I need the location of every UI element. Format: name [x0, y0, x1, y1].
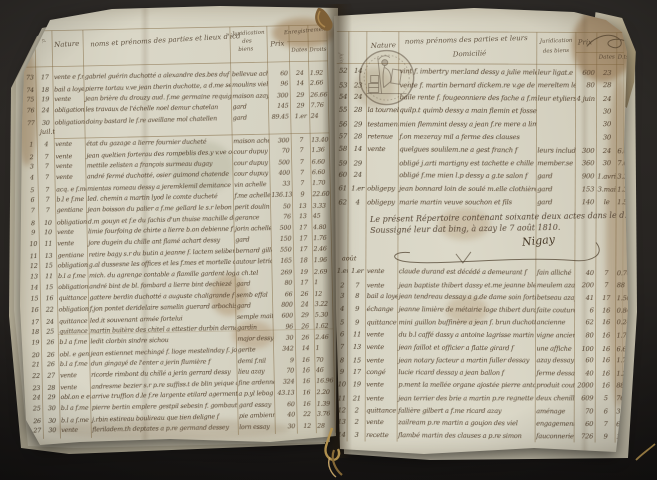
act-nature: obl.on e engag.t: [59, 391, 90, 403]
act-biens: une affiche: [535, 342, 574, 355]
act-number: 3: [25, 161, 38, 172]
act-number: 5: [336, 317, 348, 330]
act-nature: vente: [365, 392, 397, 405]
left-rows-july: 1 4 vente état du gazage a lierre fourni…: [24, 134, 335, 437]
act-number: 3: [336, 290, 348, 303]
act-number: 9: [26, 227, 39, 238]
act-day: 28: [348, 104, 366, 117]
act-parties: obligé f.me mien l.p dessy a g.te salon …: [398, 169, 536, 183]
act-droits: 1.76: [615, 354, 633, 367]
act-droits: [617, 79, 635, 92]
act-prix: 360: [575, 157, 596, 170]
act-day: 7: [38, 172, 55, 183]
act-number: 27: [30, 425, 43, 436]
act-droits: 1: [313, 277, 332, 288]
act-day: 24: [41, 317, 58, 328]
act-prix: 150: [271, 234, 293, 245]
act-day: 17: [36, 72, 53, 83]
act-biens: gard: [536, 170, 575, 183]
act-parties: du b.l caffé dassy a antoine lagrisse ma…: [398, 329, 536, 342]
act-prix: 80: [575, 329, 596, 342]
act-number: 21: [29, 359, 42, 370]
act-day: 7: [38, 161, 55, 172]
act-reg-date: 29: [290, 100, 309, 111]
left-table: N.os d. Nature noms et prénoms des parti…: [15, 3, 342, 450]
act-biens: vigne ancienne: [536, 329, 575, 342]
act-prix: 60: [574, 354, 595, 367]
act-biens: leur ligat.e: [537, 66, 576, 79]
act-droits: 1.36: [616, 184, 634, 197]
act-droits: 70: [315, 354, 334, 365]
act-day: 1.er: [348, 265, 366, 278]
act-reg-date: 9: [595, 430, 615, 443]
act-day: 2: [347, 404, 365, 417]
month-break-label: août: [342, 254, 357, 262]
act-nature: vente: [55, 161, 86, 173]
act-biens: ancienne: [536, 317, 575, 330]
act-reg-date: 1.er: [291, 111, 310, 122]
act-number: 4: [336, 303, 348, 316]
act-prix: 40: [575, 267, 596, 280]
act-reg-date: 16: [296, 387, 315, 398]
act-nature: vente: [56, 238, 87, 250]
act-nature: b.l a f.me: [59, 359, 90, 371]
act-prix: 96: [268, 78, 290, 90]
register-row: 62 4 obligepy marie martin veuve souchon…: [336, 196, 634, 209]
act-reg-date: 1.avril: [596, 170, 616, 183]
act-nature: obligepy: [366, 196, 398, 209]
act-nature: b.l a f.me: [60, 403, 91, 415]
act-biens: moulins viel: [231, 79, 268, 91]
act-number: 15: [27, 293, 40, 304]
register-row: 58 14 vente quelgues soulilem.ne a gest …: [336, 143, 634, 159]
act-biens: f.me achelle: [233, 190, 270, 202]
act-prix: 41: [575, 292, 596, 305]
act-number: 62: [336, 196, 348, 209]
act-parties: quelgues soulilem.ne a gest franch f: [398, 143, 536, 157]
act-nature: quittance: [366, 317, 398, 330]
act-nature: échange: [366, 303, 398, 316]
act-droits: 1.36: [310, 144, 329, 155]
act-biens: faite couture: [536, 304, 575, 317]
right-rows-before: 52 14 vint f. imbertry mer.land dessy a …: [336, 65, 635, 209]
act-parties: claude durand est décédé a demeurant f: [398, 265, 536, 279]
act-droits: 45: [312, 210, 331, 221]
col-header-numero: N.os: [24, 37, 30, 48]
act-day: 4: [37, 139, 54, 150]
act-biens: semple maitre: [236, 311, 273, 323]
act-biens: fauconnerie: [535, 430, 574, 443]
act-number: 11: [26, 251, 39, 262]
act-biens: cour dupuy: [232, 146, 269, 158]
act-parties: marie martin veuve souchon et fils: [398, 196, 536, 209]
act-number: 4: [25, 172, 38, 183]
act-nature: gentiane: [56, 205, 87, 217]
act-biens: vin achelle: [233, 179, 270, 191]
act-biens: [536, 105, 575, 118]
month-break-label: juil.t: [40, 128, 55, 136]
act-parties: f.on mezeray mil a ferme des clauses: [398, 131, 536, 145]
act-parties: lucie ricard dessay a jean ballon f: [397, 366, 535, 379]
act-parties: quilp.t quimb dessy a main flemin et fos…: [398, 104, 536, 118]
act-prix: 70: [269, 145, 291, 157]
act-number: 10: [26, 239, 39, 250]
act-droits: 1.70: [311, 177, 330, 188]
act-nature: vente: [365, 341, 397, 354]
act-number: 73: [23, 72, 36, 83]
act-reg-date: 23: [597, 67, 617, 80]
act-day: 19: [36, 94, 53, 105]
act-reg-date: 17: [596, 292, 616, 305]
act-reg-date: 22: [297, 409, 316, 420]
act-prix: 726: [574, 430, 595, 443]
col-header-droits: D.ts: [618, 54, 629, 60]
act-number: 54: [337, 91, 349, 104]
act-biens: lorn essay: [238, 421, 275, 433]
act-droits: 12: [313, 288, 332, 299]
act-nature: vente: [366, 328, 398, 341]
act-biens: produit couture: [535, 380, 574, 393]
col-header-dates: Dates: [599, 54, 615, 60]
act-biens: pie ambienne: [238, 410, 275, 422]
act-number: 60: [336, 169, 348, 182]
col-header-jour: d.: [40, 39, 46, 44]
right-rows-after: 1.er 1.er vente claude durand est décédé…: [335, 265, 634, 443]
act-number: 1.er: [336, 265, 348, 278]
act-day: 26: [42, 359, 59, 370]
act-day: 9: [348, 317, 366, 330]
act-parties: mien flemmint dessy a jean f.re mere a l…: [398, 118, 536, 131]
act-droits: [616, 118, 634, 131]
act-droits: 5.30: [314, 309, 333, 320]
act-droits: 22.60: [311, 189, 330, 200]
act-parties: jeanne limière de métairie loge thibert …: [398, 303, 536, 316]
act-nature: vente: [366, 265, 398, 278]
act-prix: 9: [274, 355, 296, 366]
act-prix: 43.13: [274, 388, 296, 399]
act-droits: 3.3: [615, 405, 633, 418]
act-droits: 3.30: [616, 171, 634, 184]
act-nature: b.l a f.me: [57, 271, 88, 283]
act-reg-date: le: [596, 196, 616, 209]
act-day: 11: [40, 271, 57, 282]
act-prix: 40: [275, 409, 297, 421]
act-reg-date: 26: [295, 321, 314, 332]
act-day: 13: [347, 340, 365, 353]
act-biens: gard: [231, 101, 268, 113]
thread-fragment: [634, 440, 657, 464]
act-number: 7: [335, 340, 347, 353]
act-droits: 7.60: [616, 157, 634, 170]
act-nature: [367, 65, 399, 78]
act-day: 29: [348, 118, 366, 131]
act-number: 52: [337, 65, 349, 78]
act-day: 14: [349, 65, 367, 78]
col-header-biens: Juridication: [540, 38, 573, 45]
act-day: 1.er: [348, 182, 366, 195]
act-nature: la tournelle: [366, 104, 398, 117]
act-day: 19: [347, 379, 365, 392]
act-number: 5: [25, 185, 38, 196]
act-reg-date: 16: [596, 304, 616, 317]
act-prix: 76: [271, 211, 293, 223]
act-parties: jean notary facteur a martin fuller dess…: [397, 354, 535, 367]
act-day: 15: [40, 282, 57, 293]
act-prix: 324: [274, 376, 296, 388]
act-reg-date: 14: [290, 78, 309, 89]
act-reg-date: 3.mai: [596, 183, 616, 196]
act-droits: 1: [314, 342, 333, 353]
act-prix: 400: [270, 168, 292, 179]
act-number: 61: [336, 182, 348, 195]
act-droits: 16.96: [315, 375, 334, 386]
act-nature: vente: [365, 416, 397, 429]
act-reg-date: 30: [596, 157, 616, 170]
act-droits: 1.56: [616, 196, 634, 209]
act-biens: gard: [235, 278, 272, 290]
register-row: 61 1.er obligepy jean bonnard loin de so…: [336, 182, 634, 196]
act-parties: zailream p.re martin a goujon des viel: [397, 416, 535, 430]
act-droits: 3.76: [316, 408, 335, 419]
right-table: juin Nature noms prénoms des parties et …: [333, 7, 639, 458]
act-prix: 300: [575, 145, 596, 158]
act-biens: [536, 118, 575, 131]
act-droits: 6: [615, 418, 633, 431]
act-parties: jean terrier des brie a martin p.re regn…: [397, 392, 535, 405]
act-biens: gard: [232, 112, 269, 124]
act-parties: p.ment la mellée organe ajostée pierre a…: [397, 379, 535, 392]
act-nature: vente: [54, 139, 85, 151]
act-nature: retenue: [366, 130, 398, 143]
register-row: 4 9 échange jeanne limière de métairie l…: [336, 303, 634, 318]
register-row: 1.er 1.er vente claude durand est décédé…: [336, 265, 634, 280]
act-droits: 88: [616, 279, 634, 292]
act-reg-date: 16: [595, 380, 615, 393]
act-prix: 900: [575, 170, 596, 183]
act-biens: gerite: [236, 344, 273, 356]
act-number: 7: [26, 205, 39, 216]
act-prix: 70: [574, 405, 595, 418]
act-prix: 89.45: [269, 111, 291, 123]
act-reg-date: 30: [596, 118, 616, 131]
act-parties: jean tendreau dessay a g.de dame soin fo…: [398, 290, 536, 304]
act-reg-date: 13: [293, 211, 312, 222]
act-nature: testament: [366, 118, 398, 131]
act-nature: gentiane: [56, 250, 87, 262]
register-row: 14 3 recette flambé martin des clauses a…: [335, 428, 633, 443]
act-nature: recette: [365, 429, 397, 442]
act-number: 13: [27, 271, 40, 282]
act-droits: [616, 106, 634, 119]
act-reg-date: 17: [293, 222, 312, 233]
left-rows-june: 73 17 vente e f.me gabriel guérin duchot…: [23, 67, 329, 128]
act-biens: leur etyliers le vallon: [537, 92, 576, 105]
act-day: 27: [42, 371, 59, 382]
act-prix: 70: [274, 366, 296, 377]
act-number: 57: [336, 130, 348, 143]
act-day: 30: [43, 403, 60, 414]
register-scan: N.os d. Nature noms et prénoms des parti…: [0, 0, 657, 480]
act-reg-date: 17: [294, 277, 313, 288]
act-reg-date: 24: [597, 93, 617, 106]
act-reg-date: 7: [596, 267, 616, 280]
act-reg-date: 5: [595, 392, 615, 405]
act-nature: acq. e f.me: [55, 184, 86, 196]
act-parties: mini guillon buffinère a jean f. brun du…: [398, 317, 536, 330]
act-day: 17: [347, 366, 365, 379]
act-biens: [536, 131, 575, 144]
act-number: 14: [27, 282, 40, 293]
act-prix: 342: [273, 343, 295, 355]
act-parties: vint f. imbertry mer.land dessy a julie …: [399, 65, 537, 79]
act-prix: 550: [271, 244, 293, 256]
act-prix: [575, 131, 596, 144]
act-biens: semb effal: [235, 289, 272, 301]
act-reg-date: 16: [596, 317, 616, 330]
act-nature: vente: [56, 226, 87, 238]
act-biens: fain alliché: [536, 266, 575, 279]
act-parties: vente f. martin bernard dickem.re v.ge d…: [399, 79, 537, 92]
act-prix: [575, 105, 596, 118]
act-reg-date: 30: [596, 131, 616, 144]
act-biens: aménage: [535, 405, 574, 418]
col-header-biens: des biens: [543, 48, 569, 55]
act-nature: b.l a f.me: [58, 336, 89, 348]
act-prix: 4 juin: [576, 93, 597, 106]
act-day: 10: [39, 227, 56, 238]
act-droits: 88: [615, 380, 633, 393]
act-day: 7: [38, 185, 55, 196]
right-page-paper: juin Nature noms prénoms des parties et …: [334, 8, 638, 458]
act-day: 4: [348, 196, 366, 209]
act-reg-date: 26: [294, 289, 313, 300]
act-biens: leurs includ: [536, 144, 575, 157]
col-header-dates: Dates: [291, 47, 307, 54]
act-nature: quittance: [57, 293, 88, 305]
act-parties: fallière gilbert a f.me ricard azay: [397, 404, 535, 417]
act-day: 22: [41, 305, 58, 316]
act-prix: 30: [273, 333, 295, 344]
act-biens: ferme dessay: [535, 367, 574, 380]
act-droits: 1.96: [313, 255, 332, 266]
act-day: 21: [347, 392, 365, 405]
act-reg-date: 14: [295, 343, 314, 354]
act-droits: 1.62: [314, 321, 333, 332]
act-biens: betseau azay: [536, 292, 575, 305]
act-droits: 0.24: [616, 317, 634, 330]
act-reg-date: 17: [293, 244, 312, 255]
act-prix: 140: [575, 196, 596, 209]
col-header-biens: biens: [238, 46, 253, 53]
binding-thread-bottom: [308, 424, 358, 480]
act-reg-date: 7: [292, 167, 311, 178]
act-number: 6: [336, 328, 348, 341]
act-reg-date: 16: [595, 367, 615, 380]
act-nature: vente: [365, 379, 397, 392]
binding-thread-top: [306, 2, 346, 42]
act-biens: autour letriom: [235, 256, 272, 268]
act-number: 76: [23, 105, 36, 116]
act-reg-date: 7: [596, 279, 616, 292]
act-prix: 6: [575, 304, 596, 317]
act-nature: vente: [366, 143, 398, 156]
header-flourish: [583, 30, 629, 54]
act-day: 11: [39, 239, 56, 250]
act-number: 17: [28, 317, 41, 328]
act-reg-date: 7: [595, 418, 615, 431]
act-nature: [367, 91, 399, 104]
act-reg-date: 16: [595, 354, 615, 367]
act-nature: obligepy: [366, 182, 398, 195]
register-row: 11 21 vente jean terrier des brie a mart…: [335, 392, 633, 405]
act-reg-date: 6: [595, 405, 615, 418]
act-parties: jean bonnard loin de soulé m.elle clothi…: [398, 183, 536, 197]
act-prix: 60: [574, 418, 595, 431]
register-row: 56 29 testament mien flemmint dessy a je…: [336, 118, 634, 131]
act-nature: [366, 169, 398, 182]
act-number: 16: [28, 305, 41, 316]
act-day: 11: [348, 328, 366, 341]
register-row: 5 9 quittance mini guillon buffinère a j…: [336, 317, 634, 330]
act-prix: 600: [576, 67, 597, 80]
act-prix: 145: [268, 101, 290, 112]
act-day: 30: [43, 425, 60, 436]
act-reg-date: 24: [596, 145, 616, 158]
act-biens: member.se: [536, 157, 575, 170]
register-row: 7 13 vente jean faillot et officier a fl…: [335, 340, 633, 355]
act-biens: gard: [536, 196, 575, 209]
act-prix: 40: [574, 367, 595, 380]
act-nature: vente: [53, 94, 84, 106]
act-biens: cour dupuy: [233, 168, 270, 180]
act-prix: 62: [575, 317, 596, 330]
act-prix: [575, 118, 596, 131]
act-prix: 200: [575, 279, 596, 292]
act-droits: 2.20: [315, 387, 334, 398]
act-reg-date: 30: [596, 105, 616, 118]
act-biens: major dessy: [236, 333, 273, 345]
act-number: 25: [30, 403, 43, 414]
act-nature: quittance: [365, 404, 397, 417]
act-biens: deux chenilles: [535, 392, 574, 405]
register-row: 52 14 vint f. imbertry mer.land dessy a …: [337, 65, 635, 81]
act-biens: mereltem lere ardent: [537, 79, 576, 92]
register-row: 60 24 obligé f.me mien l.p dessy a g.te …: [336, 169, 634, 184]
left-page-paper: N.os d. Nature noms et prénoms des parti…: [20, 6, 338, 446]
act-reg-date: 9: [292, 189, 311, 200]
act-prix: 136.13: [270, 190, 292, 201]
act-prix: 100: [574, 342, 595, 355]
register-row: 55 28 la tournelle quilp.t quimb dessy a…: [336, 104, 634, 119]
act-biens: bernard gilles: [234, 245, 271, 257]
act-reg-date: 26: [295, 332, 314, 343]
act-number: 55: [336, 104, 348, 117]
act-biens: a p.yl lebog: [237, 388, 274, 400]
act-droits: 24: [310, 110, 329, 121]
act-droits: 76: [615, 392, 633, 405]
act-number: 9: [335, 365, 347, 378]
act-biens: meulem azay: [536, 279, 575, 292]
act-prix: 33: [270, 178, 292, 190]
act-number: 56: [336, 118, 348, 131]
act-day: 24: [36, 105, 53, 116]
act-day: 8: [348, 290, 366, 303]
act-droits: 0.76: [616, 267, 634, 280]
col-header-droits: Droits: [309, 47, 326, 54]
act-nature: obligation: [53, 104, 84, 116]
act-day: 9: [348, 303, 366, 316]
act-nature: vente: [60, 425, 91, 437]
